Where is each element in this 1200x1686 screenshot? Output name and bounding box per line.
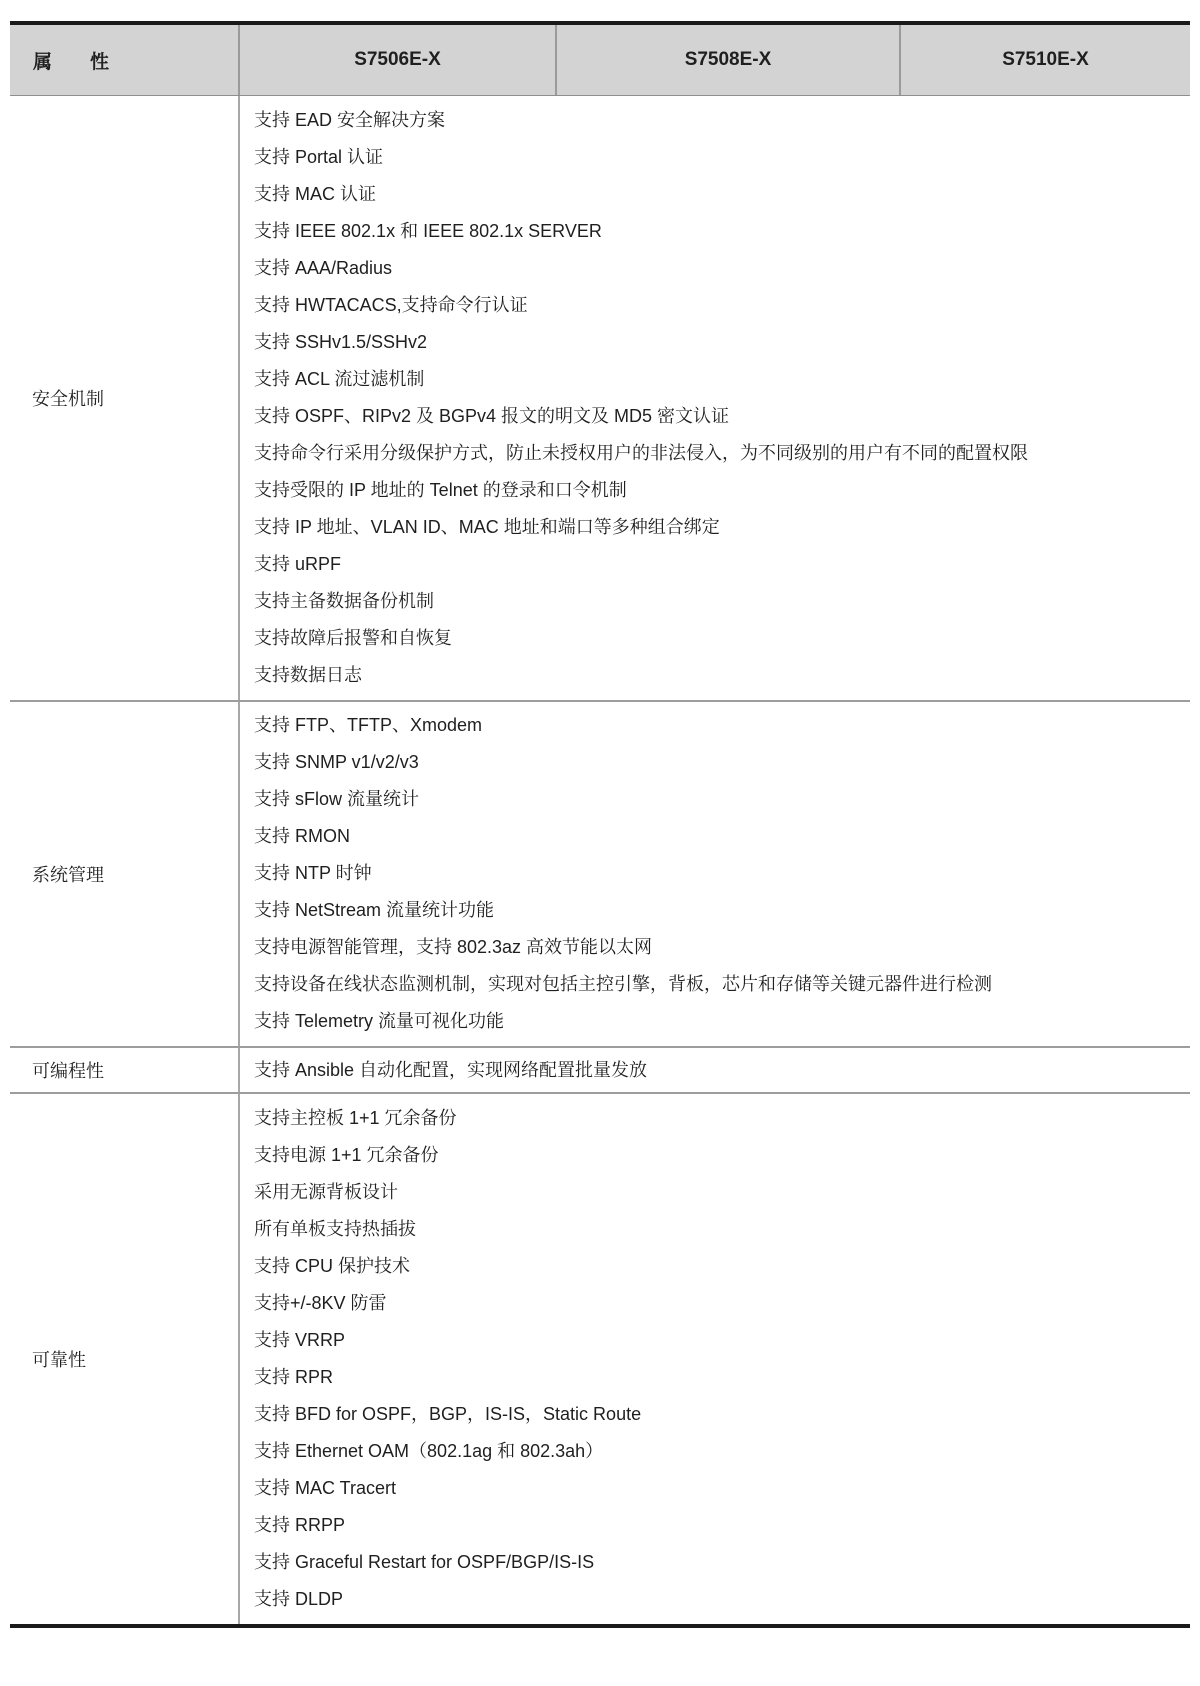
- feature-item: 支持 DLDP: [254, 1581, 1182, 1618]
- feature-item: 支持 Ansible 自动化配置，实现网络配置批量发放: [254, 1052, 1182, 1089]
- feature-item: 支持电源智能管理，支持 802.3az 高效节能以太网: [254, 929, 1182, 966]
- feature-item: 支持 CPU 保护技术: [254, 1248, 1182, 1285]
- feature-item: 支持 RMON: [254, 818, 1182, 855]
- spec-sheet-page: 属 性 S7506E-X S7508E-X S7510E-X 安全机制 支持 E…: [0, 0, 1200, 1686]
- feature-item: 支持 MAC 认证: [254, 176, 1182, 213]
- feature-item: 支持电源 1+1 冗余备份: [254, 1137, 1182, 1174]
- feature-item: 支持 IEEE 802.1x 和 IEEE 802.1x SERVER: [254, 213, 1182, 250]
- feature-item: 支持 IP 地址、VLAN ID、MAC 地址和端口等多种组合绑定: [254, 509, 1182, 546]
- feature-item: 支持 Telemetry 流量可视化功能: [254, 1003, 1182, 1040]
- feature-item: 支持 MAC Tracert: [254, 1470, 1182, 1507]
- feature-item: 支持主控板 1+1 冗余备份: [254, 1100, 1182, 1137]
- section-security: 安全机制 支持 EAD 安全解决方案 支持 Portal 认证 支持 MAC 认…: [10, 96, 1190, 702]
- product-spec-table: 属 性 S7506E-X S7508E-X S7510E-X 安全机制 支持 E…: [10, 21, 1190, 1628]
- header-attribute: 属 性: [10, 25, 240, 95]
- feature-item: 支持 ACL 流过滤机制: [254, 361, 1182, 398]
- feature-item: 支持 BFD for OSPF，BGP，IS-IS，Static Route: [254, 1396, 1182, 1433]
- feature-item: 支持 RPR: [254, 1359, 1182, 1396]
- section-programmability: 可编程性 支持 Ansible 自动化配置，实现网络配置批量发放: [10, 1048, 1190, 1094]
- header-column-s7506e-x: S7506E-X: [240, 25, 557, 95]
- section-system-management: 系统管理 支持 FTP、TFTP、Xmodem 支持 SNMP v1/v2/v3…: [10, 702, 1190, 1048]
- feature-item: 支持设备在线状态监测机制，实现对包括主控引擎，背板，芯片和存储等关键元器件进行检…: [254, 966, 1182, 1003]
- section-label-reliability: 可靠性: [10, 1094, 238, 1624]
- feature-item: 支持 SNMP v1/v2/v3: [254, 744, 1182, 781]
- feature-item: 采用无源背板设计: [254, 1174, 1182, 1211]
- feature-item: 支持 Graceful Restart for OSPF/BGP/IS-IS: [254, 1544, 1182, 1581]
- feature-item: 支持故障后报警和自恢复: [254, 620, 1182, 657]
- feature-item: 支持 uRPF: [254, 546, 1182, 583]
- section-label-security: 安全机制: [10, 96, 238, 700]
- feature-item: 支持 EAD 安全解决方案: [254, 102, 1182, 139]
- feature-item: 支持命令行采用分级保护方式，防止未授权用户的非法侵入，为不同级别的用户有不同的配…: [254, 435, 1182, 472]
- feature-item: 支持受限的 IP 地址的 Telnet 的登录和口令机制: [254, 472, 1182, 509]
- feature-item: 支持 VRRP: [254, 1322, 1182, 1359]
- section-reliability: 可靠性 支持主控板 1+1 冗余备份 支持电源 1+1 冗余备份 采用无源背板设…: [10, 1094, 1190, 1624]
- section-content-system-management: 支持 FTP、TFTP、Xmodem 支持 SNMP v1/v2/v3 支持 s…: [238, 702, 1190, 1046]
- feature-item: 支持 FTP、TFTP、Xmodem: [254, 707, 1182, 744]
- header-column-s7510e-x: S7510E-X: [901, 25, 1190, 95]
- feature-item: 支持主备数据备份机制: [254, 583, 1182, 620]
- feature-item: 支持 Ethernet OAM（802.1ag 和 802.3ah）: [254, 1433, 1182, 1470]
- section-content-programmability: 支持 Ansible 自动化配置，实现网络配置批量发放: [238, 1048, 1190, 1092]
- section-content-security: 支持 EAD 安全解决方案 支持 Portal 认证 支持 MAC 认证 支持 …: [238, 96, 1190, 700]
- section-content-reliability: 支持主控板 1+1 冗余备份 支持电源 1+1 冗余备份 采用无源背板设计 所有…: [238, 1094, 1190, 1624]
- feature-item: 支持 NTP 时钟: [254, 855, 1182, 892]
- feature-item: 支持 AAA/Radius: [254, 250, 1182, 287]
- feature-item: 支持+/-8KV 防雷: [254, 1285, 1182, 1322]
- feature-item: 支持数据日志: [254, 657, 1182, 694]
- feature-item: 所有单板支持热插拔: [254, 1211, 1182, 1248]
- feature-item: 支持 NetStream 流量统计功能: [254, 892, 1182, 929]
- feature-item: 支持 OSPF、RIPv2 及 BGPv4 报文的明文及 MD5 密文认证: [254, 398, 1182, 435]
- feature-item: 支持 HWTACACS,支持命令行认证: [254, 287, 1182, 324]
- feature-item: 支持 RRPP: [254, 1507, 1182, 1544]
- table-header-row: 属 性 S7506E-X S7508E-X S7510E-X: [10, 25, 1190, 96]
- header-column-s7508e-x: S7508E-X: [557, 25, 901, 95]
- section-label-system-management: 系统管理: [10, 702, 238, 1046]
- feature-item: 支持 Portal 认证: [254, 139, 1182, 176]
- feature-item: 支持 sFlow 流量统计: [254, 781, 1182, 818]
- section-label-programmability: 可编程性: [10, 1048, 238, 1092]
- feature-item: 支持 SSHv1.5/SSHv2: [254, 324, 1182, 361]
